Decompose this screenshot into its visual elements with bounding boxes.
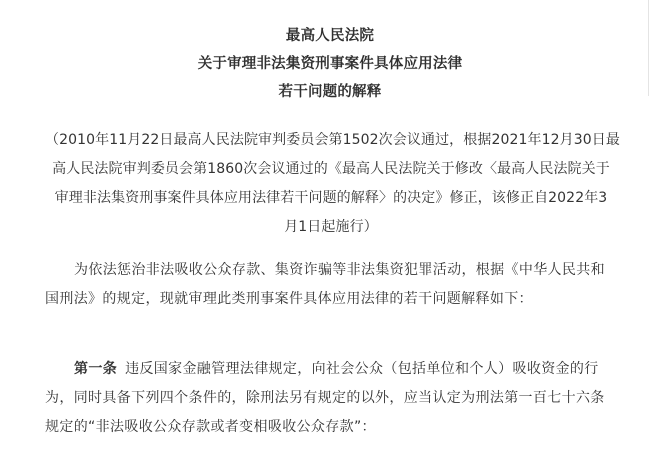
- article-text: 违反国家金融管理法律规定，向社会公众（包括单位和个人）吸收资金的行: [125, 361, 599, 377]
- paragraph-line: 规定的“非法吸收公众存款或者变相吸收公众存款”：: [45, 413, 617, 442]
- note-line: 月1日起施行）: [45, 213, 617, 242]
- document-title: 最高人民法院 关于审理非法集资刑事案件具体应用法律 若干问题的解释: [0, 22, 650, 106]
- note-line: 高人民法院审判委员会第1860次会议通过的《最高人民法院关于修改〈最高人民法院关…: [45, 155, 617, 184]
- article-1-paragraph: 第一条违反国家金融管理法律规定，向社会公众（包括单位和个人）吸收资金的行 为，同…: [45, 355, 617, 442]
- title-issuer: 最高人民法院: [0, 22, 650, 50]
- paragraph-line: 第一条违反国家金融管理法律规定，向社会公众（包括单位和个人）吸收资金的行: [45, 355, 617, 384]
- title-subject: 关于审理非法集资刑事案件具体应用法律: [0, 50, 650, 78]
- preamble-paragraph: 为依法惩治非法吸收公众存款、集资诈骗等非法集资犯罪活动，根据《中华人民共和 国刑…: [45, 256, 617, 314]
- title-suffix: 若干问题的解释: [0, 78, 650, 106]
- article-label: 第一条: [74, 361, 117, 377]
- paragraph-line: 国刑法》的规定，现就审理此类刑事案件具体应用法律的若干问题解释如下：: [45, 285, 617, 314]
- note-line: （2010年11月22日最高人民法院审判委员会第1502次会议通过，根据2021…: [45, 126, 617, 155]
- adoption-note: （2010年11月22日最高人民法院审判委员会第1502次会议通过，根据2021…: [45, 126, 617, 242]
- note-line: 审理非法集资刑事案件具体应用法律若干问题的解释〉的决定》修正，该修正自2022年…: [45, 184, 617, 213]
- paragraph-line: 为依法惩治非法吸收公众存款、集资诈骗等非法集资犯罪活动，根据《中华人民共和: [45, 256, 617, 285]
- paragraph-line: 为，同时具备下列四个条件的，除刑法另有规定的以外，应当认定为刑法第一百七十六条: [45, 384, 617, 413]
